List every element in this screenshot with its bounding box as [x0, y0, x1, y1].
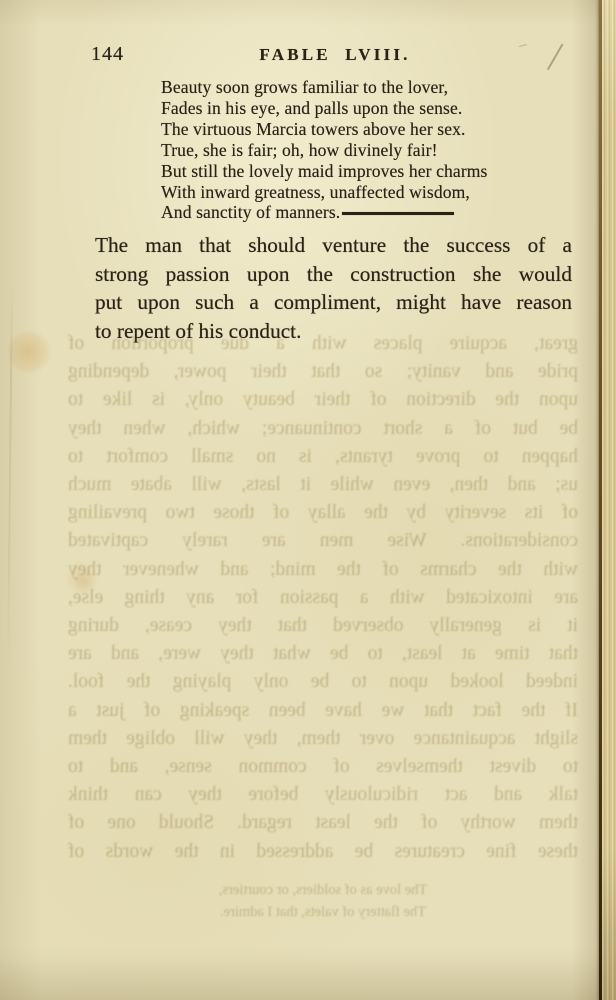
poem-last-line: And sanctity of manners.: [161, 202, 571, 223]
paper-stain: [72, 572, 98, 594]
bleedthrough-line: slight acquaintance over them, they will…: [68, 725, 578, 753]
poem-line: With inward greatness, unaffected wisdom…: [161, 182, 571, 203]
poem-quote: Beauty soon grows familiar to the lover,…: [161, 77, 571, 223]
poem-line: True, she is fair; oh, how divinely fair…: [161, 140, 571, 161]
bleedthrough-footnotes: The love as of soldiers, or courtiers, T…: [68, 879, 578, 923]
bleedthrough-footnote-line: The love as of soldiers, or courtiers,: [68, 879, 578, 901]
paper-crease: [7, 280, 13, 670]
bleedthrough-line: them worthy of the least regard. Should …: [68, 809, 578, 837]
running-title: FABLE LVIII.: [259, 45, 410, 65]
bleedthrough-line: great, acquire places with a due proport…: [68, 330, 578, 358]
bleedthrough-line: us; and then, even while it lasts, will …: [68, 471, 578, 499]
bleedthrough-line: that time at least, to be what they were…: [68, 640, 578, 668]
bleedthrough-line: be but of a short continuance; which, wh…: [68, 415, 578, 443]
poem-line: But still the lovely maid improves her c…: [161, 161, 571, 182]
page-number: 144: [91, 43, 124, 66]
poem-line: The virtuous Marcia towers above her sex…: [161, 119, 571, 140]
bleedthrough-line: upon the direction of their beauty only,…: [68, 386, 578, 414]
pencil-tick-mark: [519, 44, 527, 47]
bleedthrough-footnote-line: The flattery of valets, that I admire.: [68, 901, 578, 923]
book-scan: 144 FABLE LVIII. Beauty soon grows famil…: [0, 0, 616, 1000]
page-edge-shadow: [572, 0, 600, 1000]
page-stack-edge: [602, 0, 616, 1000]
book-page: 144 FABLE LVIII. Beauty soon grows famil…: [0, 0, 616, 1000]
bleedthrough-line: indeed looked upon to be only playing th…: [68, 668, 578, 696]
bleedthrough-line: pride and vanity; so that their power, d…: [68, 358, 578, 386]
prose-line: strong passion upon the construction she…: [95, 260, 572, 289]
end-dash-rule: [342, 212, 454, 214]
bleedthrough-line: it is generally observed that they cease…: [68, 612, 578, 640]
pencil-slash-mark: [547, 43, 563, 70]
bleedthrough-line: are intoxicated with a passion for any t…: [68, 584, 578, 612]
bottom-shadow: [0, 958, 616, 1000]
bleedthrough-line: talk and act ridiculously before they ca…: [68, 781, 578, 809]
prose-paragraph: The man that should venture the success …: [95, 231, 572, 345]
poem-line: Beauty soon grows familiar to the lover,: [161, 77, 571, 98]
poem-last-line-text: And sanctity of manners.: [161, 202, 340, 222]
bleedthrough-line: considerations. Wise men are rarely capt…: [68, 527, 578, 555]
prose-line: put upon such a compliment, might have r…: [95, 288, 572, 317]
paper-stain: [6, 330, 52, 374]
bleedthrough-line: of its severity by the allay of those tw…: [68, 499, 578, 527]
bleedthrough-line: happen to prove tyrants, is no small com…: [68, 443, 578, 471]
bleedthrough-line: to divest themselves of common sense, an…: [68, 753, 578, 781]
bleedthrough-line: If the fact that we have been speaking o…: [68, 697, 578, 725]
poem-line: Fades in his eye, and palls upon the sen…: [161, 98, 571, 119]
bleedthrough-text: great, acquire places with a due proport…: [68, 330, 578, 923]
prose-line: The man that should venture the success …: [95, 231, 572, 260]
bleedthrough-line: with the charms of the mind; and wheneve…: [68, 556, 578, 584]
bleedthrough-line: these fine creatures be addressed in the…: [68, 838, 578, 866]
